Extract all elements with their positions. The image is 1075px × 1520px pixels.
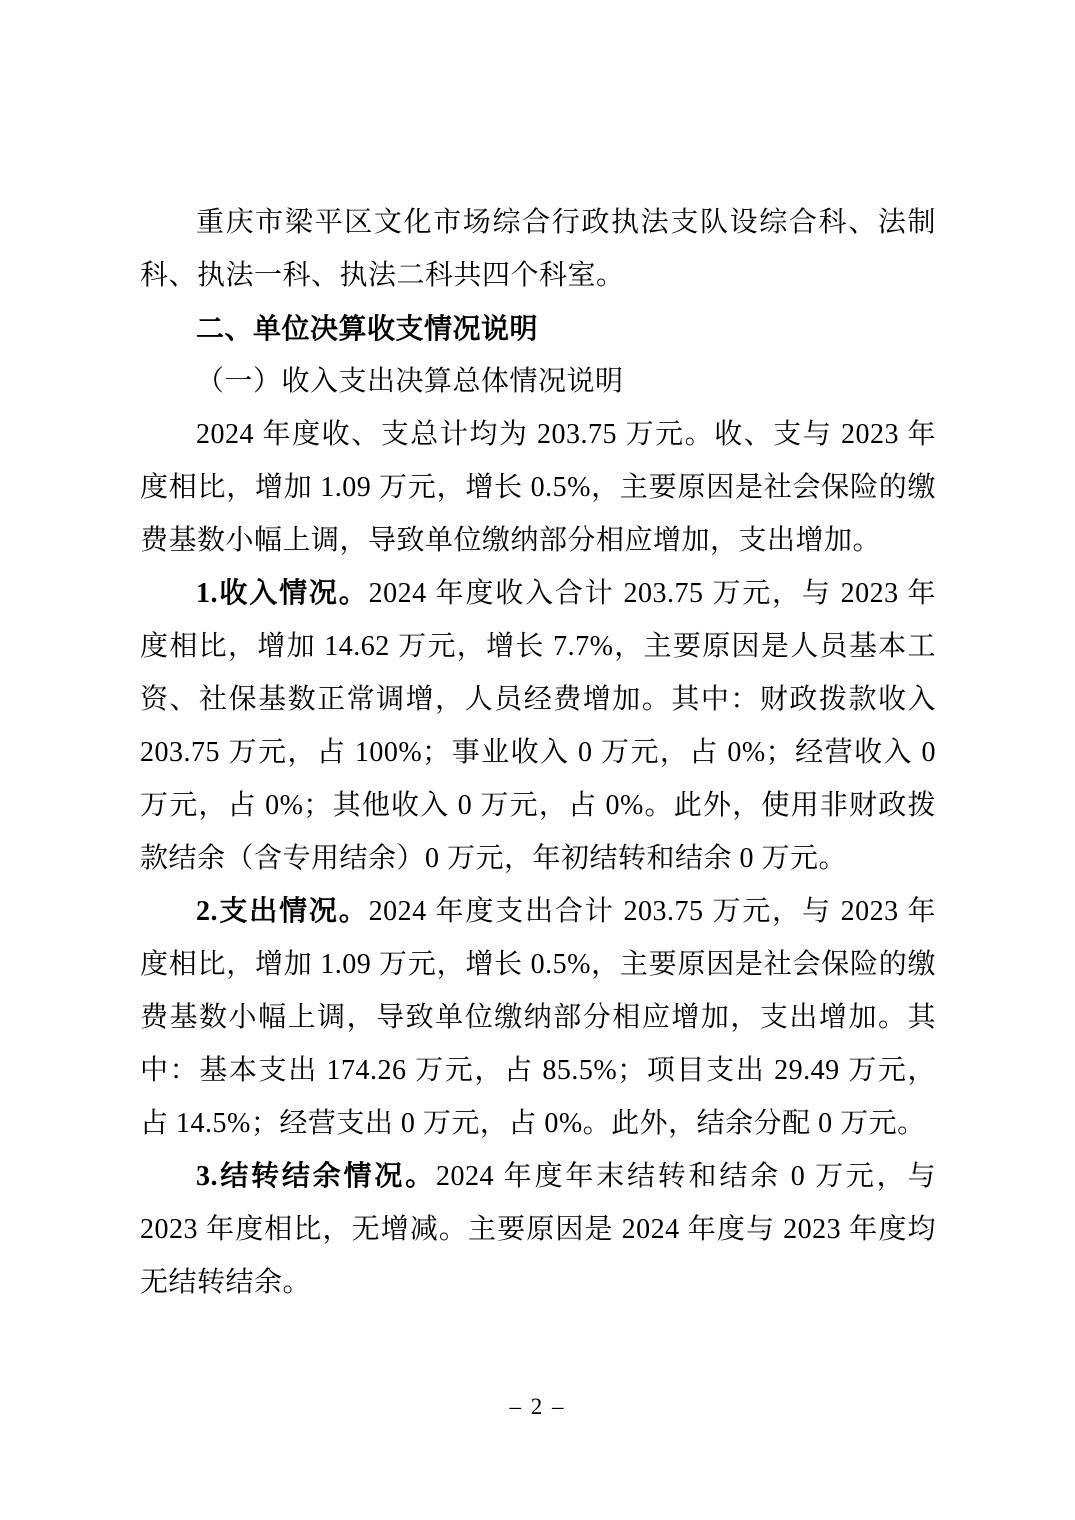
paragraph-expenditure-lead: 2.支出情况。 [196,896,369,927]
section-heading: 二、单位决算收支情况说明 [140,302,936,355]
paragraph-departments: 重庆市梁平区文化市场综合行政执法支队设综合科、法制科、执法一科、执法二科共四个科… [140,196,936,302]
subsection-heading: （一）收入支出决算总体情况说明 [140,355,936,408]
paragraph-expenditure: 2.支出情况。2024 年度支出合计 203.75 万元，与 2023 年度相比… [140,885,936,1150]
paragraph-carryover: 3.结转结余情况。2024 年度年末结转和结余 0 万元，与 2023 年度相比… [140,1150,936,1309]
paragraph-income: 1.收入情况。2024 年度收入合计 203.75 万元，与 2023 年度相比… [140,567,936,885]
paragraph-expenditure-body: 2024 年度支出合计 203.75 万元，与 2023 年度相比，增加 1.0… [140,896,936,1139]
document-body: 重庆市梁平区文化市场综合行政执法支队设综合科、法制科、执法一科、执法二科共四个科… [140,196,936,1309]
paragraph-income-lead: 1.收入情况。 [196,578,369,609]
paragraph-carryover-lead: 3.结转结余情况。 [196,1161,436,1192]
page-number: – 2 – [0,1392,1075,1422]
paragraph-income-body: 2024 年度收入合计 203.75 万元，与 2023 年度相比，增加 14.… [140,578,936,874]
document-page: 重庆市梁平区文化市场综合行政执法支队设综合科、法制科、执法一科、执法二科共四个科… [0,0,1075,1520]
paragraph-total-overview: 2024 年度收、支总计均为 203.75 万元。收、支与 2023 年度相比，… [140,408,936,567]
